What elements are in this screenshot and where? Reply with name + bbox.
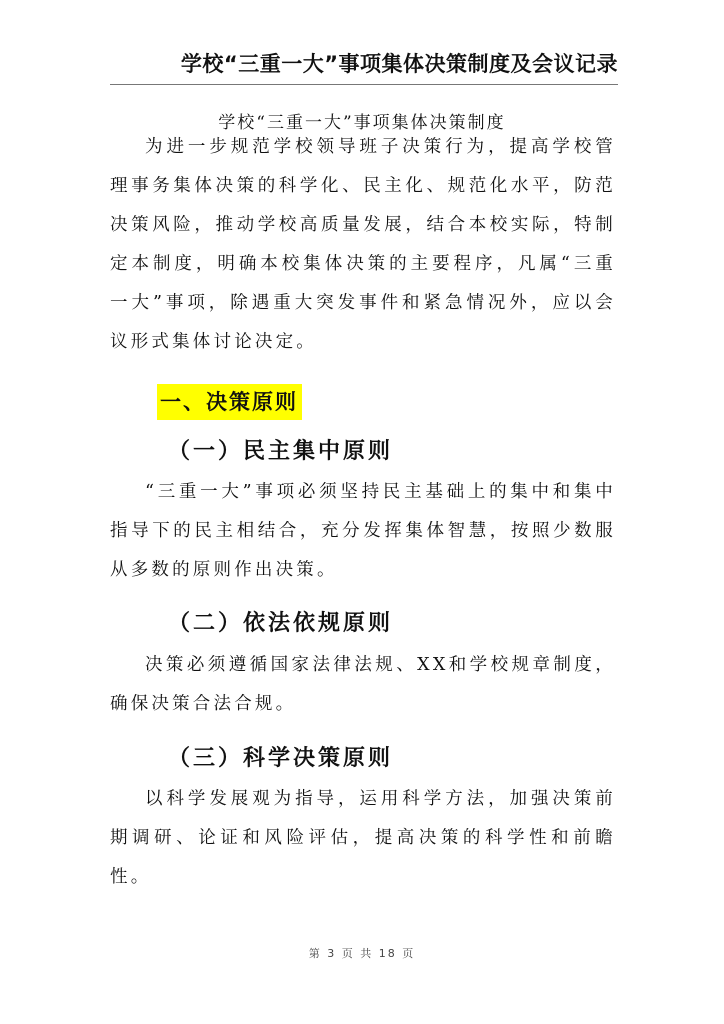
subsection-heading-legal-compliance: （二）依法依规原则 [168, 606, 393, 637]
intro-paragraph: 为进一步规范学校领导班子决策行为，提高学校管理事务集体决策的科学化、民主化、规范… [110, 128, 616, 362]
section-heading-principles: 一、决策原则 [157, 384, 302, 420]
header-title: 学校“三重一大”事项集体决策制度及会议记录 [181, 48, 618, 78]
subsection-body-democratic-centralism: “三重一大”事项必须坚持民主基础上的集中和集中指导下的民主相结合，充分发挥集体智… [110, 473, 616, 590]
subsection-heading-scientific-decision: （三）科学决策原则 [168, 741, 393, 772]
header-divider [110, 84, 618, 85]
subsection-body-scientific-decision: 以科学发展观为指导，运用科学方法，加强决策前期调研、论证和风险评估，提高决策的科… [110, 780, 616, 897]
subsection-heading-democratic-centralism: （一）民主集中原则 [168, 434, 393, 465]
page-number-footer: 第 3 页 共 18 页 [0, 945, 724, 961]
subsection-body-legal-compliance: 决策必须遵循国家法律法规、XX和学校规章制度，确保决策合法合规。 [110, 646, 616, 724]
